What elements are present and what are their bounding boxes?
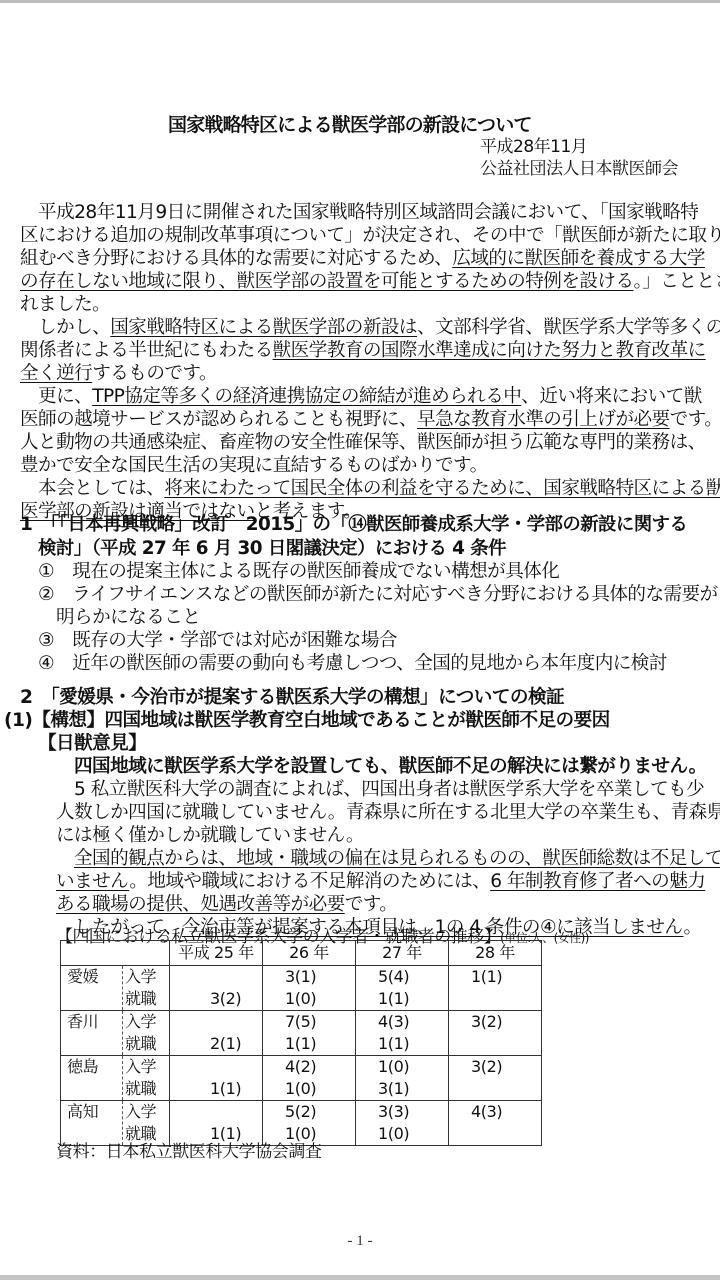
opinion-para1-line3: には極く僅かしか就職していません。 bbox=[56, 824, 364, 847]
opinion-para2-line1: 全国的観点からは、地域・職域の偏在は見られるものの、獣医師総数は不足して bbox=[74, 847, 720, 870]
intro-p3-line3: 人と動物の共通感染症、畜産物の安全性確保等、獣医師が担う広範な専門的業務は、 bbox=[20, 431, 706, 454]
opinion-para1-line2: 人数しか四国に就職していません。青森県に所在する北里大学の卒業生も、青森県 bbox=[56, 801, 720, 824]
table-source: 資料：日本私立獣医科大学協会調査 bbox=[56, 1137, 322, 1162]
col-h27: 27 年 bbox=[356, 941, 449, 966]
section2-subheading: (1)【構想】四国地域は獣医学教育空白地域であることが獣医師不足の要因 bbox=[4, 709, 610, 732]
opinion-label: 【日獣意見】 bbox=[38, 732, 146, 755]
intro-p1-line4: の存在しない地域に限り、獣医学部の設置を可能とするための特例を設ける。」こととさ bbox=[20, 270, 720, 293]
condition-3: ③ 既存の大学・学部では対応が困難な場合 bbox=[38, 629, 397, 652]
intro-p2-line3: 全く逆行するものです。 bbox=[20, 362, 217, 385]
intro-p4-line1: 本会としては、将来にわたって国民全体の利益を守るために、国家戦略特区による獣 bbox=[20, 477, 720, 500]
intro-p3-line2: 医師の越境サービスが認められることも視野に、早急な教育水準の引上げが必要です。 bbox=[20, 408, 720, 431]
col-h26: 26 年 bbox=[263, 941, 356, 966]
section2-heading: 2 「愛媛県・今治市が提案する獣医系大学の構想」についての検証 bbox=[20, 686, 564, 709]
intro-p1-line1: 平成28年11月9日に開催された国家戦略特別区域諮問会議において、「国家戦略特 bbox=[20, 201, 698, 224]
intro-p2-line1: しかし、国家戦略特区による獣医学部の新設は、文部科学省、獣医学系大学等多くの bbox=[20, 316, 720, 339]
intro-p1-line2: 区における追加の規制改革事項について」が決定され、その中で「獣医師が新たに取り bbox=[20, 224, 720, 247]
viewer-bottom-bar bbox=[0, 1275, 720, 1280]
condition-2: ② ライフサイエンスなどの獣医師が新たに対応すべき分野における具体的な需要が bbox=[38, 583, 718, 606]
opinion-para2-line2: いません。地域や職域における不足解消のためには、6 年制教育修了者への魅力 bbox=[56, 870, 705, 893]
pref-tokushima: 徳島 bbox=[61, 1056, 123, 1101]
opinion-para2-line3: ある職場の提供、処遇改善等が必要です。 bbox=[56, 893, 397, 916]
table-header-row: 平成 25 年 26 年 27 年 28 年 bbox=[61, 941, 542, 966]
pref-ehime: 愛媛 bbox=[61, 966, 123, 1011]
table-row-kagawa: 香川 入学就職 2(1) 7(5)1(1) 4(3)1(1) 3(2) bbox=[61, 1011, 542, 1056]
table-row-ehime: 愛媛 入学就職 3(2) 3(1)1(0) 5(4)1(1) 1(1) bbox=[61, 966, 542, 1011]
intro-p1-line3: 組むべき分野における具体的な需要に対応するため、広域的に獣医師を養成する大学 bbox=[20, 247, 705, 270]
page-number: - 1 - bbox=[0, 1233, 720, 1250]
intro-p2-line2: 関係者による半世紀にもわたる獣医学教育の国際水準達成に向けた努力と教育改革に bbox=[20, 339, 706, 362]
intro-p3-line4: 豊かで安全な国民生活の実現に直結するものばかりです。 bbox=[20, 454, 488, 477]
intro-p3-line1: 更に、TPP協定等多くの経済連携協定の締結が進められる中、近い将来において獣 bbox=[20, 385, 702, 408]
document-organization: 公益社団法人日本獣医師会 bbox=[480, 154, 678, 179]
opinion-lead: 四国地域に獣医学系大学を設置しても、獣医師不足の解決には繋がりません。 bbox=[74, 755, 707, 778]
enrollment-employment-table: 平成 25 年 26 年 27 年 28 年 愛媛 入学就職 3(2) 3(1)… bbox=[60, 940, 542, 1146]
condition-2-cont: 明らかになること bbox=[56, 606, 200, 629]
document-title: 国家戦略特区による獣医学部の新設について bbox=[168, 110, 532, 137]
condition-4: ④ 近年の獣医師の需要の動向も考慮しつつ、全国的見地から本年度内に検討 bbox=[38, 652, 667, 675]
col-h28: 28 年 bbox=[449, 941, 542, 966]
viewer-top-bar bbox=[0, 0, 720, 3]
table-row-tokushima: 徳島 入学就職 1(1) 4(2)1(0) 1(0)3(1) 3(2) bbox=[61, 1056, 542, 1101]
section1-heading-line1: 1 「「日本再興戦略」改訂 2015」の「⑭獣医師養成系大学・学部の新設に関する bbox=[20, 513, 687, 536]
col-h25: 平成 25 年 bbox=[170, 941, 263, 966]
intro-p1-line5: れました。 bbox=[20, 293, 110, 316]
pref-kagawa: 香川 bbox=[61, 1011, 123, 1056]
section1-heading-line2: 検討」（平成 27 年 6 月 30 日閣議決定）における 4 条件 bbox=[38, 537, 506, 560]
opinion-para1-line1: 5 私立獣医科大学の調査によれば、四国出身者は獣医学系大学を卒業しても少 bbox=[74, 778, 704, 801]
condition-1: ① 現在の提案主体による既存の獣医師養成でない構想が具体化 bbox=[38, 560, 559, 583]
